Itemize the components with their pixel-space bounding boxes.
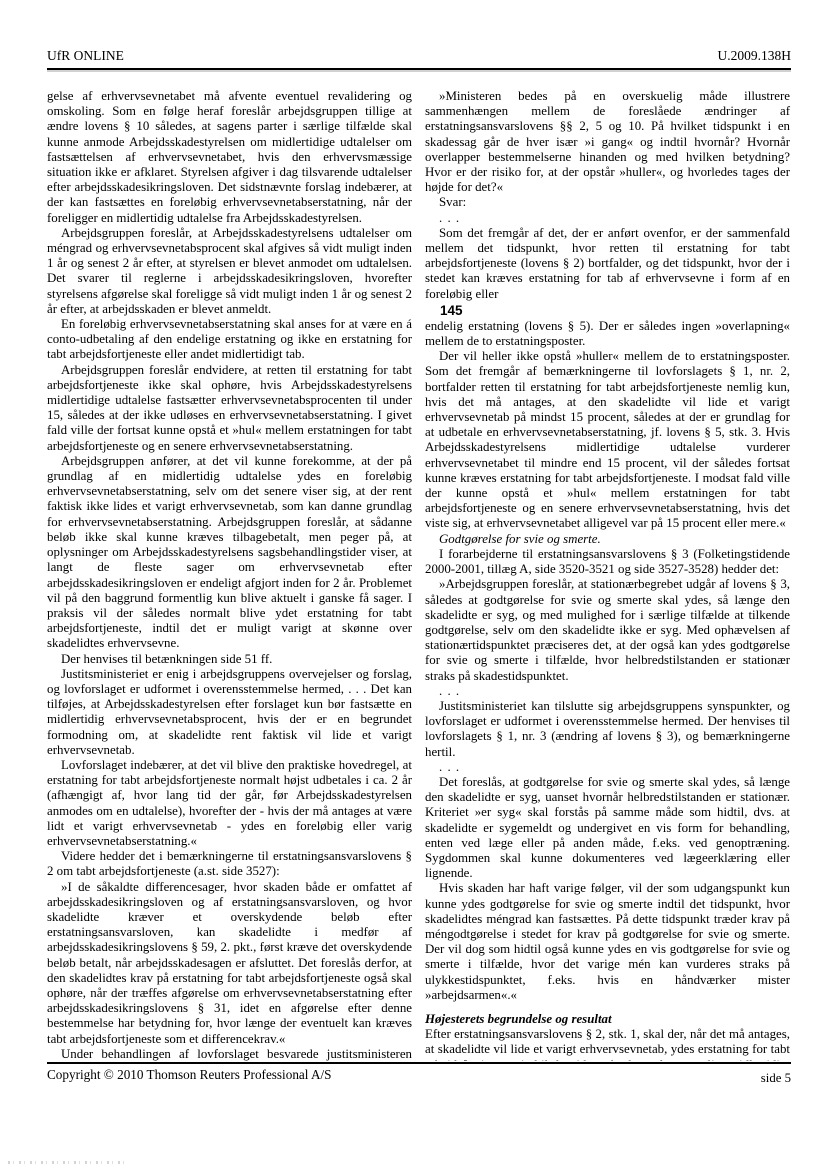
section-heading: Godtgørelse for svie og smerte. — [425, 532, 790, 547]
paragraph: I forarbejderne til erstatningsansvarslo… — [425, 547, 790, 577]
paragraph: »I de såkaldte differencesager, hvor ska… — [47, 880, 412, 1047]
paragraph: Svar: — [425, 195, 790, 210]
scan-artifact — [8, 1161, 126, 1164]
paragraph: endelig erstatning (lovens § 5). Der er … — [425, 319, 790, 349]
case-reference: U.2009.138H — [718, 48, 792, 64]
page-header: UfR ONLINE U.2009.138H — [47, 48, 791, 64]
paragraph: Der henvises til betænkningen side 51 ff… — [47, 652, 412, 667]
paragraph: Arbejdsgruppen foreslår, at Arbejdsskade… — [47, 226, 412, 317]
ellipsis-line: . . . — [425, 684, 790, 699]
footer-rule — [47, 1062, 791, 1064]
section-heading: Højesterets begrundelse og resultat — [425, 1012, 790, 1027]
document-body: gelse af erhvervsevnetabet må afvente ev… — [47, 89, 791, 1061]
ellipsis-line: . . . — [425, 760, 790, 775]
paragraph: Efter erstatningsansvarslovens § 2, stk.… — [425, 1027, 790, 1061]
paragraph: Det foreslås, at godtgørelse for svie og… — [425, 775, 790, 881]
left-column: gelse af erhvervsevnetabet må afvente ev… — [47, 89, 412, 1061]
paragraph: Arbejdsgruppen foreslår endvidere, at re… — [47, 363, 412, 454]
document-page: UfR ONLINE U.2009.138H gelse af erhvervs… — [0, 0, 827, 1170]
ellipsis-line: . . . — [425, 211, 790, 226]
footer-copyright: Copyright © 2010 Thomson Reuters Profess… — [47, 1067, 332, 1083]
paragraph: Som det fremgår af det, der er anført ov… — [425, 226, 790, 302]
ufr-page-marker: 145 — [425, 302, 790, 319]
paragraph: Lovforslaget indebærer, at det vil blive… — [47, 758, 412, 849]
paragraph: Arbejdsgruppen anfører, at det vil kunne… — [47, 454, 412, 652]
header-rule — [47, 68, 791, 70]
paragraph: »Ministeren bedes på en overskuelig måde… — [425, 89, 790, 195]
paragraph: Hvis skaden har haft varige følger, vil … — [425, 881, 790, 1003]
paragraph: Under behandlingen af lovforslaget besva… — [47, 1047, 412, 1061]
right-column: »Ministeren bedes på en overskuelig måde… — [425, 89, 790, 1061]
paragraph: Justitsministeriet kan tilslutte sig arb… — [425, 699, 790, 760]
paragraph: »Arbejdsgruppen foreslår, at stationærbe… — [425, 577, 790, 683]
paragraph: Justitsministeriet er enig i arbejdsgrup… — [47, 667, 412, 758]
paragraph: En foreløbig erhvervsevnetabserstatning … — [47, 317, 412, 363]
journal-name: UfR ONLINE — [47, 48, 124, 64]
paragraph: Videre hedder det i bemærkningerne til e… — [47, 849, 412, 879]
footer-page-number: side 5 — [761, 1071, 791, 1086]
paragraph: Der vil heller ikke opstå »huller« melle… — [425, 349, 790, 531]
paragraph: gelse af erhvervsevnetabet må afvente ev… — [47, 89, 412, 226]
